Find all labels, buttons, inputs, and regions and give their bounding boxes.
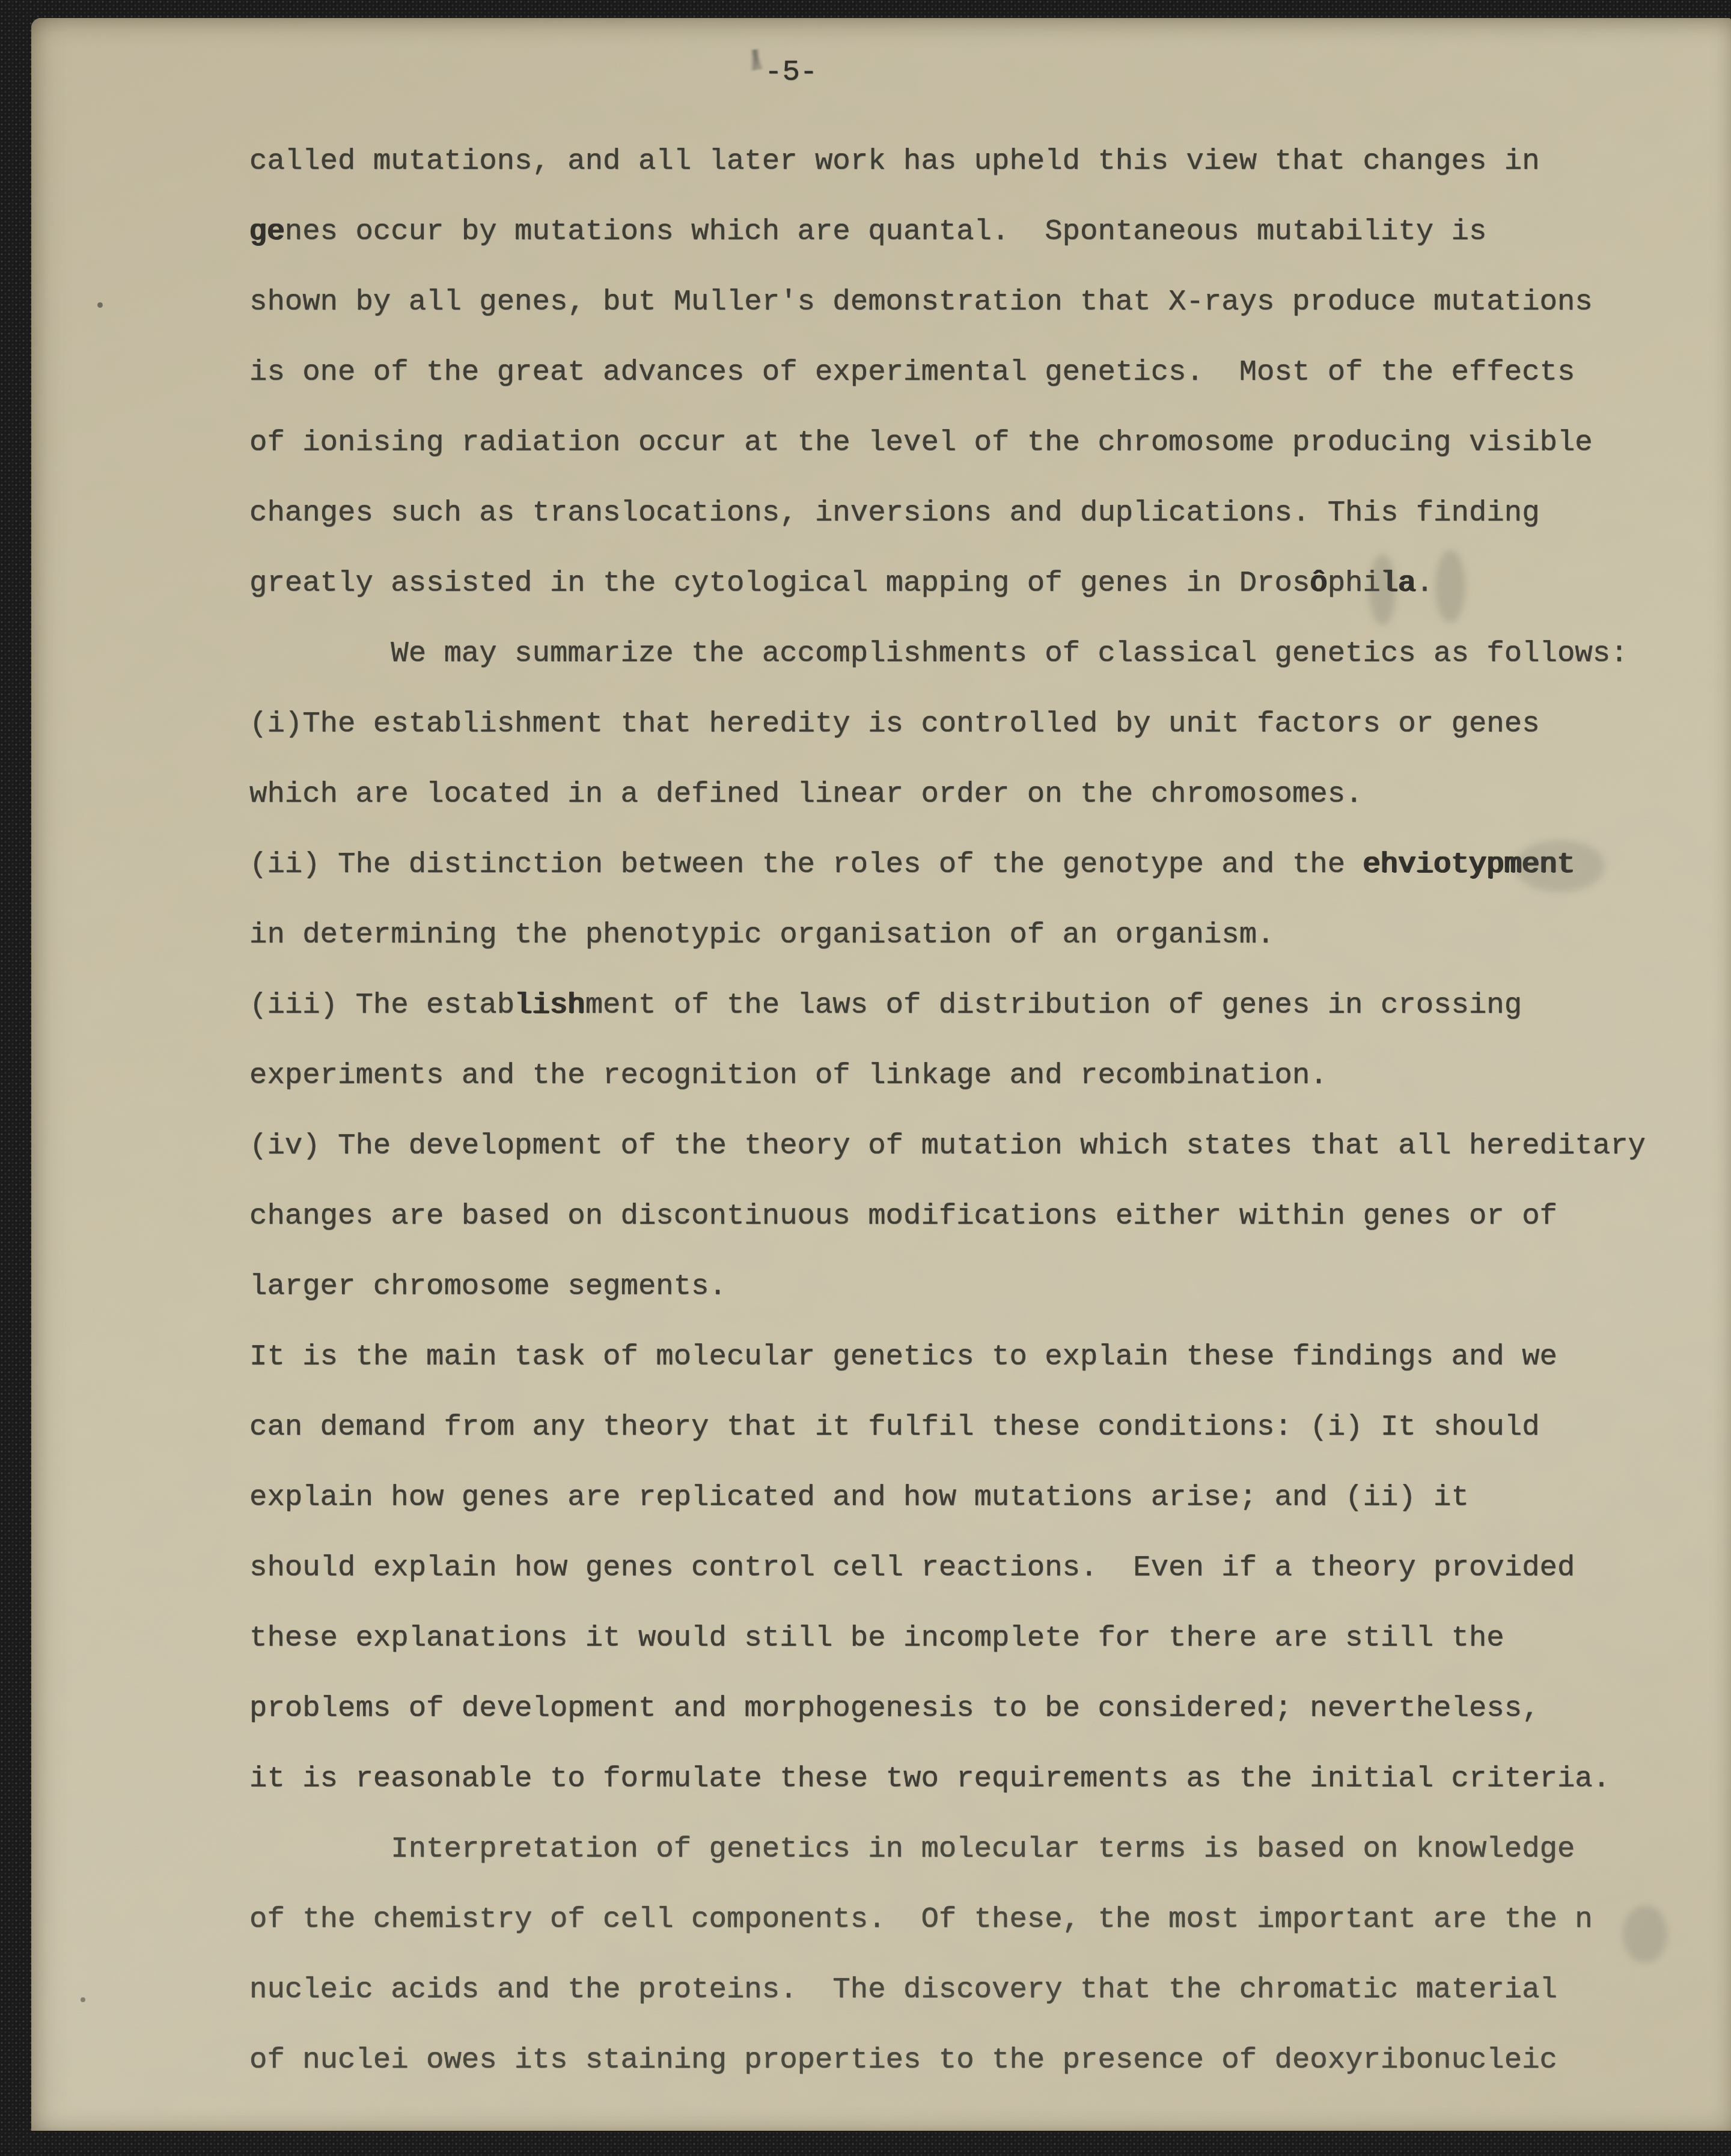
text-line: of ionising radiation occur at the level… <box>249 408 1646 478</box>
page-number: -5- <box>765 55 817 90</box>
text-line: explain how genes are replicated and how… <box>249 1462 1646 1533</box>
text-line: problems of development and morphogenesi… <box>249 1673 1646 1744</box>
text-line: is one of the great advances of experime… <box>249 337 1646 408</box>
text-line: it is reasonable to formulate these two … <box>249 1744 1646 1814</box>
text-segment: lish <box>514 988 585 1022</box>
text-line: called mutations, and all later work has… <box>249 126 1646 197</box>
text-segment: greatly assisted in the cytological mapp… <box>249 566 1310 600</box>
text-segment: ment of the laws of distribution of gene… <box>585 988 1522 1022</box>
text-segment: nes occur by mutations which are quantal… <box>285 215 1487 248</box>
text-line: of the chemistry of cell components. Of … <box>249 1884 1646 1955</box>
text-line: nucleic acids and the proteins. The disc… <box>249 1955 1646 2025</box>
text-line: (i)The establishment that heredity is co… <box>249 689 1646 759</box>
text-line: It is the main task of molecular genetic… <box>249 1322 1646 1392</box>
text-segment: . <box>1416 566 1433 600</box>
text-line: in determining the phenotypic organisati… <box>249 900 1646 970</box>
text-line: We may summarize the accomplishments of … <box>249 618 1646 689</box>
text-line: changes are based on discontinuous modif… <box>249 1181 1646 1251</box>
text-line: Interpretation of genetics in molecular … <box>249 1814 1646 1884</box>
text-line: should explain how genes control cell re… <box>249 1533 1646 1603</box>
scanned-document: { "page": { "number": "-5-", "lines": [ … <box>0 0 1731 2156</box>
text-line: experiments and the recognition of linka… <box>249 1040 1646 1111</box>
text-line: greatly assisted in the cytological mapp… <box>249 548 1646 618</box>
paper-sheet: -5- called mutations, and all later work… <box>31 18 1731 2131</box>
text-line: which are located in a defined linear or… <box>249 759 1646 829</box>
text-segment: ehviotypment <box>1363 847 1575 881</box>
text-line: of nuclei owes its staining properties t… <box>249 2025 1646 2095</box>
text-line: (ii) The distinction between the roles o… <box>249 829 1646 900</box>
text-segment: ge <box>249 215 285 248</box>
text-line: shown by all genes, but Muller's demonst… <box>249 267 1646 337</box>
text-segment: (iii) The estab <box>249 988 514 1022</box>
text-segment: la <box>1381 566 1416 600</box>
text-line: larger chromosome segments. <box>249 1251 1646 1322</box>
paper-speck <box>81 1997 85 2002</box>
text-line: (iii) The establishment of the laws of d… <box>249 970 1646 1040</box>
text-line: can demand from any theory that it fulfi… <box>249 1392 1646 1462</box>
text-line: these explanations it would still be inc… <box>249 1603 1646 1673</box>
text-segment: (ii) The distinction between the roles o… <box>249 847 1363 881</box>
text-line: genes occur by mutations which are quant… <box>249 197 1646 267</box>
paper-speck <box>97 302 103 308</box>
text-segment: ô <box>1310 566 1327 600</box>
text-line: changes such as translocations, inversio… <box>249 478 1646 548</box>
text-segment: phi <box>1328 566 1381 600</box>
text-line: (iv) The development of the theory of mu… <box>249 1111 1646 1181</box>
document-body: called mutations, and all later work has… <box>249 126 1646 2095</box>
